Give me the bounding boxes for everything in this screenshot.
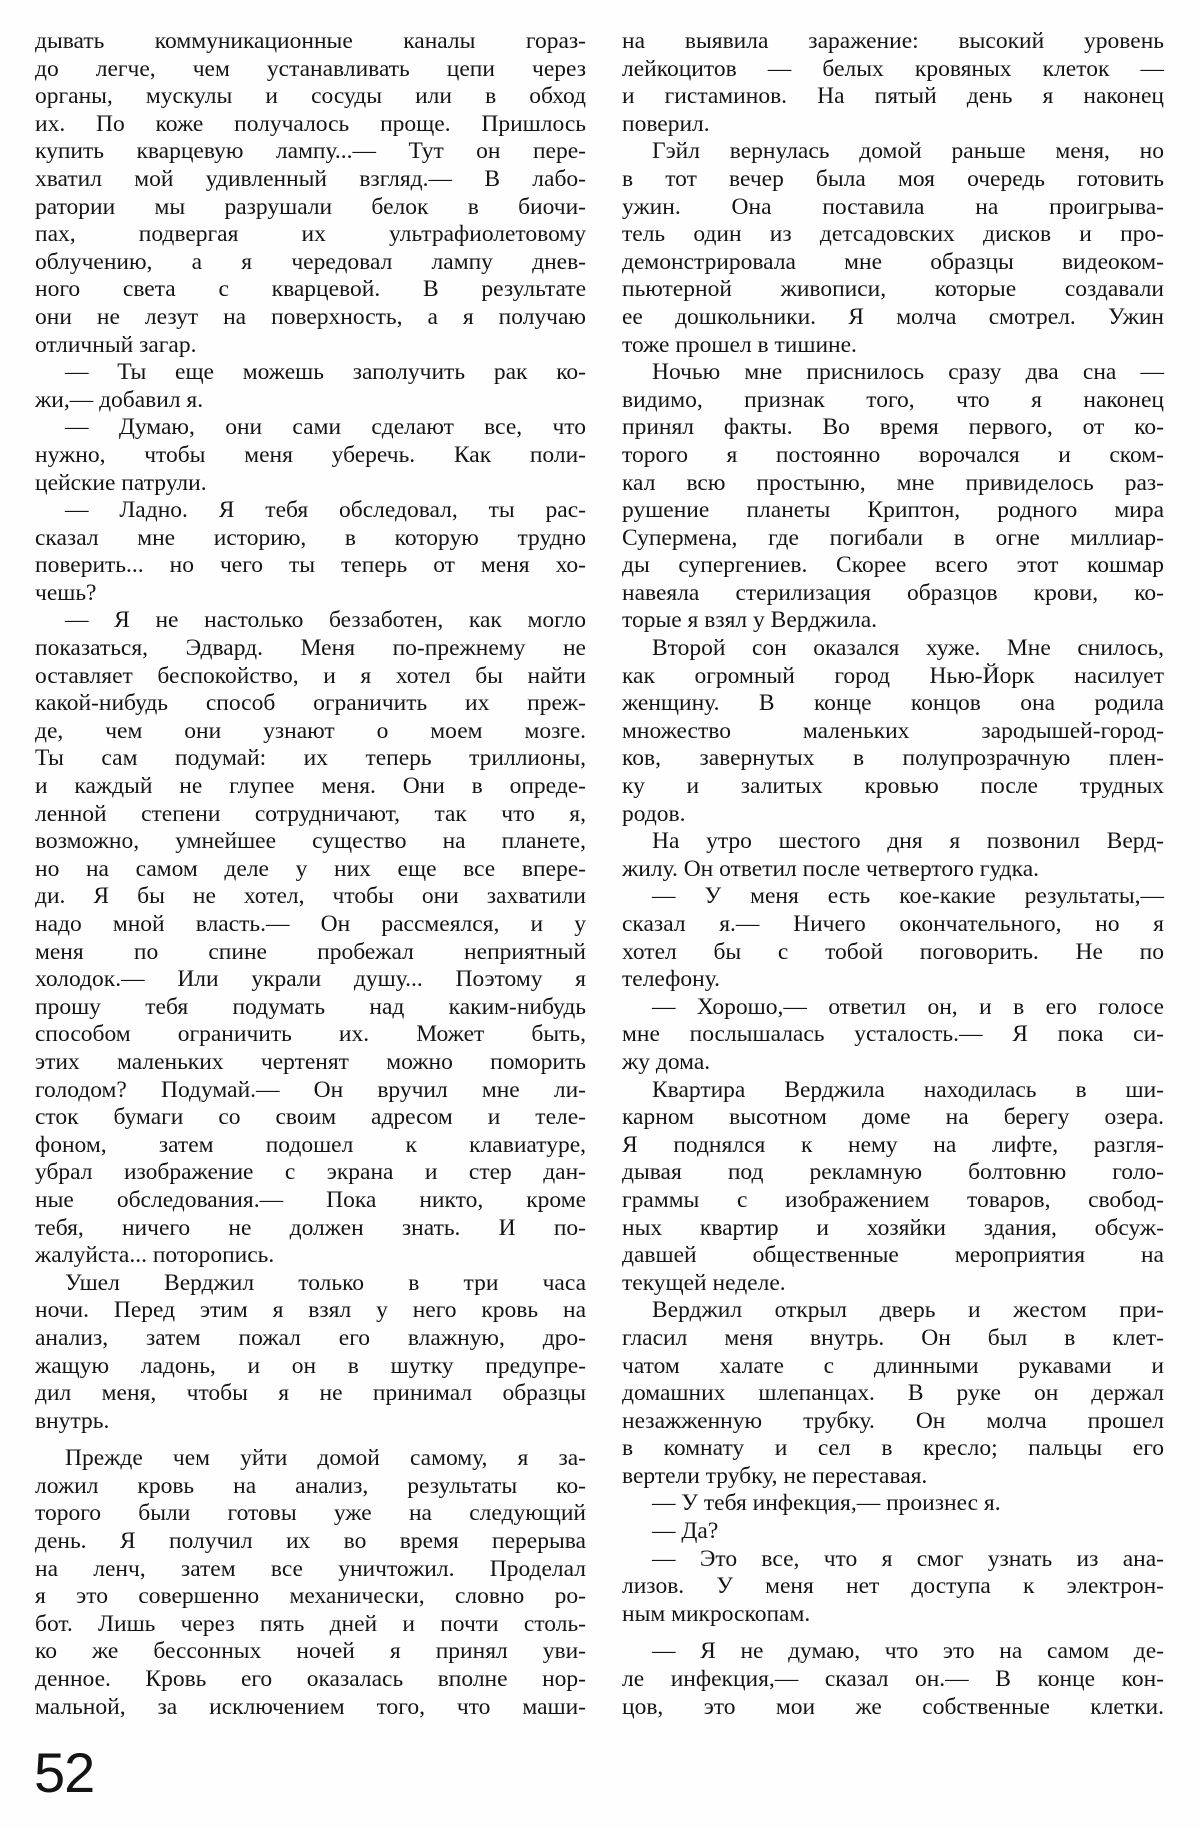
text-line: жилу. Он ответил после четвертого гудка. <box>622 856 1164 884</box>
text-line: чатом халате с длинными рукавами и <box>622 1353 1164 1381</box>
text-line: — Я не думаю, что это на самом де- <box>622 1638 1164 1666</box>
text-line: давшей общественные мероприятия на <box>622 1242 1164 1270</box>
text-line: ного света с кварцевой. В результате <box>35 276 586 304</box>
text-line: рушение планеты Криптон, родного мира <box>622 497 1164 525</box>
text-line: дывая под рекламную болтовню голо- <box>622 1159 1164 1187</box>
text-line: ленной степени сотрудничают, так что я, <box>35 801 586 829</box>
text-line: телефону. <box>622 966 1164 994</box>
text-line: жалуйста... поторопись. <box>35 1242 586 1270</box>
text-line: граммы с изображением товаров, свобод- <box>622 1187 1164 1215</box>
text-line: цов, это мои же собственные клетки. <box>622 1694 1164 1722</box>
text-line: — Ладно. Я тебя обследовал, ты рас- <box>35 497 586 525</box>
text-line: как огромный город Нью-Йорк насилует <box>622 663 1164 691</box>
text-line: Верджил открыл дверь и жестом при- <box>622 1297 1164 1325</box>
text-line: Ты сам подумай: их теперь триллионы, <box>35 745 586 773</box>
text-line: оставляет беспокойство, и я хотел бы най… <box>35 663 586 691</box>
text-line: внутрь. <box>35 1408 586 1436</box>
text-line: сток бумаги со своим адресом и теле- <box>35 1104 586 1132</box>
text-line: показаться, Эдвард. Меня по-прежнему не <box>35 635 586 663</box>
text-line: жу дома. <box>622 1049 1164 1077</box>
text-line: меня по спине пробежал неприятный <box>35 939 586 967</box>
text-line: — Да? <box>622 1518 1164 1546</box>
text-line: жи,— добавил я. <box>35 387 586 415</box>
text-line: способом ограничить их. Может быть, <box>35 1021 586 1049</box>
text-line: торые я взял у Верджила. <box>622 607 1164 635</box>
text-line: — У тебя инфекция,— произнес я. <box>622 1490 1164 1518</box>
text-line: Ушел Верджил только в три часа <box>35 1270 586 1298</box>
text-line: Я поднялся к нему на лифте, разгля- <box>622 1132 1164 1160</box>
text-line: чешь? <box>35 580 586 608</box>
text-line: дывать коммуникационные каналы гораз- <box>35 28 586 56</box>
text-line: купить кварцевую лампу...— Тут он пере- <box>35 138 586 166</box>
text-line: их. По коже получалось проще. Пришлось <box>35 111 586 139</box>
text-line: но на самом деле у них еще все впере- <box>35 856 586 884</box>
text-line: возможно, умнейшее существо на планете, <box>35 828 586 856</box>
text-line: незажженную трубку. Он молча прошел <box>622 1408 1164 1436</box>
text-line: Гэйл вернулась домой раньше меня, но <box>622 138 1164 166</box>
text-line: женщину. В конце концов она родила <box>622 690 1164 718</box>
text-line: в тот вечер была моя очередь готовить <box>622 166 1164 194</box>
text-line: этих маленьких чертенят можно поморить <box>35 1049 586 1077</box>
text-line: ложил кровь на анализ, результаты ко- <box>35 1473 586 1501</box>
text-line: ков, завернутых в полупрозрачную плен- <box>622 745 1164 773</box>
text-line: — Хорошо,— ответил он, и в его голосе <box>622 994 1164 1022</box>
text-line: холодок.— Или украли душу... Поэтому я <box>35 966 586 994</box>
text-line: ные обследования.— Пока никто, кроме <box>35 1187 586 1215</box>
text-line: хватил мой удивленный взгляд.— В лабо- <box>35 166 586 194</box>
text-line: облучению, а я чередовал лампу днев- <box>35 249 586 277</box>
text-line: они не лезут на поверхность, а я получаю <box>35 304 586 332</box>
text-line: ди. Я бы не хотел, чтобы они захватили <box>35 883 586 911</box>
text-line: тоже прошел в тишине. <box>622 332 1164 360</box>
text-line: сказал я.— Ничего окончательного, но я <box>622 911 1164 939</box>
text-line: жащую ладонь, и он в шутку предупре- <box>35 1353 586 1381</box>
text-line: на ленч, затем все уничтожил. Проделал <box>35 1556 586 1584</box>
text-line: пьютерной живописи, которые создавали <box>622 276 1164 304</box>
text-line: На утро шестого дня я позвонил Верд- <box>622 828 1164 856</box>
text-line: мне послышалась усталость.— Я пока си- <box>622 1021 1164 1049</box>
text-line: поверил. <box>622 111 1164 139</box>
text-line: гласил меня внутрь. Он был в клет- <box>622 1325 1164 1353</box>
text-line: мальной, за исключением того, что маши- <box>35 1694 586 1722</box>
text-line: лизов. У меня нет доступа к электрон- <box>622 1573 1164 1601</box>
text-line: голодом? Подумай.— Он вручил мне ли- <box>35 1077 586 1105</box>
text-line: ле инфекция,— сказал он.— В конце кон- <box>622 1666 1164 1694</box>
text-line: демонстрировала мне образцы видеоком- <box>622 249 1164 277</box>
text-line: торого были готовы уже на следующий <box>35 1500 586 1528</box>
text-line: надо мной власть.— Он рассмеялся, и у <box>35 911 586 939</box>
text-line: ку и залитых кровью после трудных <box>622 773 1164 801</box>
text-line: — Думаю, они сами сделают все, что <box>35 414 586 442</box>
text-line: родов. <box>622 801 1164 829</box>
text-line: нужно, чтобы меня уберечь. Как поли- <box>35 442 586 470</box>
text-line: какой-нибудь способ ограничить их преж- <box>35 690 586 718</box>
text-line: торого я постоянно ворочался и ском- <box>622 442 1164 470</box>
book-page: дывать коммуникационные каналы гораз-до … <box>0 0 1200 1828</box>
text-line: ужин. Она поставила на проигрыва- <box>622 194 1164 222</box>
text-line: ратории мы разрушали белок в биочи- <box>35 194 586 222</box>
text-line: принял факты. Во время первого, от ко- <box>622 414 1164 442</box>
text-line: фоном, затем подошел к клавиатуре, <box>35 1132 586 1160</box>
text-line: — Ты еще можешь заполучить рак ко- <box>35 359 586 387</box>
text-line: до легче, чем устанавливать цепи через <box>35 56 586 84</box>
text-line: цейские патрули. <box>35 470 586 498</box>
paragraph-gap <box>35 1435 586 1445</box>
text-line: Супермена, где погибали в огне миллиар- <box>622 525 1164 553</box>
text-line: множество маленьких зародышей-город- <box>622 718 1164 746</box>
text-line: текущей неделе. <box>622 1270 1164 1298</box>
paragraph-gap <box>622 1628 1164 1638</box>
text-line: лейкоцитов — белых кровяных клеток — <box>622 56 1164 84</box>
text-line: пах, подвергая их ультрафиолетовому <box>35 221 586 249</box>
text-line: ко же бессонных ночей я принял уви- <box>35 1638 586 1666</box>
text-line: вертели трубку, не переставая. <box>622 1463 1164 1491</box>
text-line: — Это все, что я смог узнать из ана- <box>622 1546 1164 1574</box>
text-line: Квартира Верджила находилась в ши- <box>622 1077 1164 1105</box>
right-text-column: на выявила заражение: высокий уровеньлей… <box>622 28 1164 1721</box>
text-line: ночи. Перед этим я взял у него кровь на <box>35 1297 586 1325</box>
text-line: ным микроскопам. <box>622 1601 1164 1629</box>
text-line: — У меня есть кое-какие результаты,— <box>622 883 1164 911</box>
text-line: Прежде чем уйти домой самому, я за- <box>35 1445 586 1473</box>
text-line: видимо, признак того, что я наконец <box>622 387 1164 415</box>
text-line: навеяла стерилизация образцов крови, ко- <box>622 580 1164 608</box>
text-line: Второй сон оказался хуже. Мне снилось, <box>622 635 1164 663</box>
text-line: — Я не настолько беззаботен, как могло <box>35 607 586 635</box>
left-text-column: дывать коммуникационные каналы гораз-до … <box>35 28 586 1721</box>
text-line: день. Я получил их во время перерыва <box>35 1528 586 1556</box>
text-line: на выявила заражение: высокий уровень <box>622 28 1164 56</box>
text-line: тебя, ничего не должен знать. И по- <box>35 1215 586 1243</box>
text-line: де, чем они узнают о моем мозге. <box>35 718 586 746</box>
text-line: и гистаминов. На пятый день я наконец <box>622 83 1164 111</box>
page-number: 52 <box>34 1740 94 1805</box>
text-line: дил меня, чтобы я не принимал образцы <box>35 1380 586 1408</box>
text-line: ее дошкольники. Я молча смотрел. Ужин <box>622 304 1164 332</box>
text-line: денное. Кровь его оказалась вполне нор- <box>35 1666 586 1694</box>
text-line: прошу тебя подумать над каким-нибудь <box>35 994 586 1022</box>
text-line: тель один из детсадовских дисков и про- <box>622 221 1164 249</box>
text-line: в комнату и сел в кресло; пальцы его <box>622 1435 1164 1463</box>
text-line: ных квартир и хозяйки здания, обсуж- <box>622 1215 1164 1243</box>
text-line: органы, мускулы и сосуды или в обход <box>35 83 586 111</box>
text-line: убрал изображение с экрана и стер дан- <box>35 1159 586 1187</box>
text-line: карном высотном доме на берегу озера. <box>622 1104 1164 1132</box>
text-line: бот. Лишь через пять дней и почти столь- <box>35 1611 586 1639</box>
text-line: анализ, затем пожал его влажную, дро- <box>35 1325 586 1353</box>
text-line: сказал мне историю, в которую трудно <box>35 525 586 553</box>
text-line: Ночью мне приснилось сразу два сна — <box>622 359 1164 387</box>
text-line: домашних шлепанцах. В руке он держал <box>622 1380 1164 1408</box>
text-line: я это совершенно механически, словно ро- <box>35 1583 586 1611</box>
text-line: поверить... но чего ты теперь от меня хо… <box>35 552 586 580</box>
text-line: хотел бы с тобой поговорить. Не по <box>622 939 1164 967</box>
text-line: и каждый не глупее меня. Они в опреде- <box>35 773 586 801</box>
text-line: ды супергениев. Скорее всего этот кошмар <box>622 552 1164 580</box>
text-line: отличный загар. <box>35 332 586 360</box>
text-line: кал всю простыню, мне привиделось раз- <box>622 470 1164 498</box>
